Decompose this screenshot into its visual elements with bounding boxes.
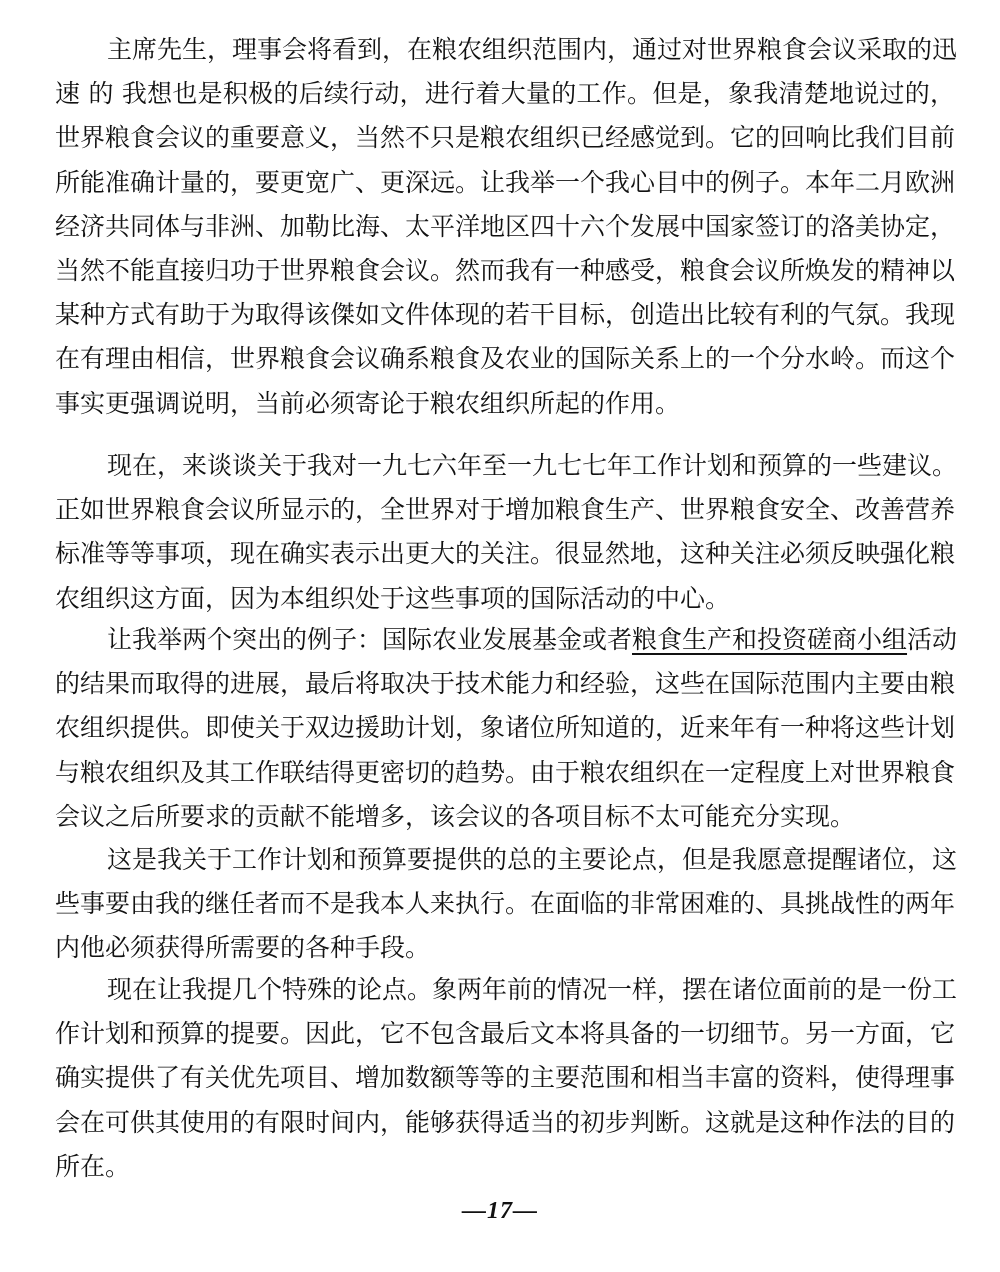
text-line: 现在让我提几个特殊的论点。象两年前的情况一样，摆在诸位面前的是一份工: [55, 968, 955, 1012]
text-line: 所能准确计量的，要更宽广、更深远。让我举一个我心目中的例子。本年二月欧洲: [55, 161, 955, 205]
text-line: 的结果而取得的进展，最后将取决于技术能力和经验，这些在国际范围内主要由粮: [55, 662, 955, 706]
text-line: 会议之后所要求的贡献不能增多，该会议的各项目标不太可能充分实现。: [55, 795, 955, 839]
text-line: 现在，来谈谈关于我对一九七六年至一九七七年工作计划和预算的一些建议。: [55, 444, 955, 488]
text-line: 某种方式有助于为取得该傑如文件体现的若干目标，创造出比较有利的气氛。我现: [55, 293, 955, 337]
text-line: 与粮农组织及其工作联结得更密切的趋势。由于粮农组织在一定程度上对世界粮食: [55, 751, 955, 795]
text-line: 确实提供了有关优先项目、增加数额等等的主要范围和相当丰富的资料，使得理事: [55, 1056, 955, 1100]
text-line: 这是我关于工作计划和预算要提供的总的主要论点，但是我愿意提醒诸位，这: [55, 838, 955, 882]
paragraph-4: 这是我关于工作计划和预算要提供的总的主要论点，但是我愿意提醒诸位，这 些事要由我…: [55, 838, 955, 971]
paragraph-5: 现在让我提几个特殊的论点。象两年前的情况一样，摆在诸位面前的是一份工 作计划和预…: [55, 968, 955, 1189]
text-line: 当然不能直接归功于世界粮食会议。然而我有一种感受，粮食会议所焕发的精神以: [55, 249, 955, 293]
text-segment: 活动: [907, 625, 957, 654]
text-line: 农组织提供。即使关于双边援助计划，象诸位所知道的，近来年有一种将这些计划: [55, 706, 955, 750]
underlined-phrase: 粮食生产和投资磋商小组: [632, 625, 907, 654]
text-line: 所在。: [55, 1145, 955, 1189]
paragraph-3: 让我举两个突出的例子：国际农业发展基金或者粮食生产和投资磋商小组活动 的结果而取…: [55, 618, 955, 839]
text-line: 些事要由我的继任者而不是我本人来执行。在面临的非常困难的、具挑战性的两年: [55, 882, 955, 926]
text-line: 事实更强调说明，当前必须寄论于粮农组织所起的作用。: [55, 382, 955, 426]
text-line: 农组织这方面，因为本组织处于这些事项的国际活动的中心。: [55, 577, 955, 621]
text-line: 让我举两个突出的例子：国际农业发展基金或者粮食生产和投资磋商小组活动: [55, 618, 955, 662]
text-line: 会在可供其使用的有限时间内，能够获得适当的初步判断。这就是这种作法的目的: [55, 1101, 955, 1145]
text-line: 主席先生，理事会将看到，在粮农组织范围内，通过对世界粮食会议采取的迅: [55, 28, 955, 72]
text-line: 作计划和预算的提要。因此，它不包含最后文本将具备的一切细节。另一方面，它: [55, 1012, 955, 1056]
text-line: 标准等等事项，现在确实表示出更大的关注。很显然地，这种关注必须反映强化粮: [55, 532, 955, 576]
text-line: 经济共同体与非洲、加勒比海、太平洋地区四十六个发展中国家签订的洛美协定，: [55, 205, 955, 249]
text-line: 内他必须获得所需要的各种手段。: [55, 926, 955, 970]
text-line: 在有理由相信，世界粮食会议确系粮食及农业的国际关系上的一个分水岭。而这个: [55, 337, 955, 381]
text-line: 速 的 我想也是积极的后续行动，进行着大量的工作。但是，象我清楚地说过的，: [55, 72, 955, 116]
text-segment: 让我举两个突出的例子：国际农业发展基金或者: [107, 625, 632, 654]
document-page: 主席先生，理事会将看到，在粮农组织范围内，通过对世界粮食会议采取的迅 速 的 我…: [0, 0, 1000, 1272]
text-line: 正如世界粮食会议所显示的，全世界对于增加粮食生产、世界粮食安全、改善营养: [55, 488, 955, 532]
paragraph-2: 现在，来谈谈关于我对一九七六年至一九七七年工作计划和预算的一些建议。 正如世界粮…: [55, 444, 955, 621]
paragraph-1: 主席先生，理事会将看到，在粮农组织范围内，通过对世界粮食会议采取的迅 速 的 我…: [55, 28, 955, 426]
text-line: 世界粮食会议的重要意义，当然不只是粮农组织已经感觉到。它的回响比我们目前: [55, 116, 955, 160]
page-number: —17—: [0, 1198, 1000, 1225]
